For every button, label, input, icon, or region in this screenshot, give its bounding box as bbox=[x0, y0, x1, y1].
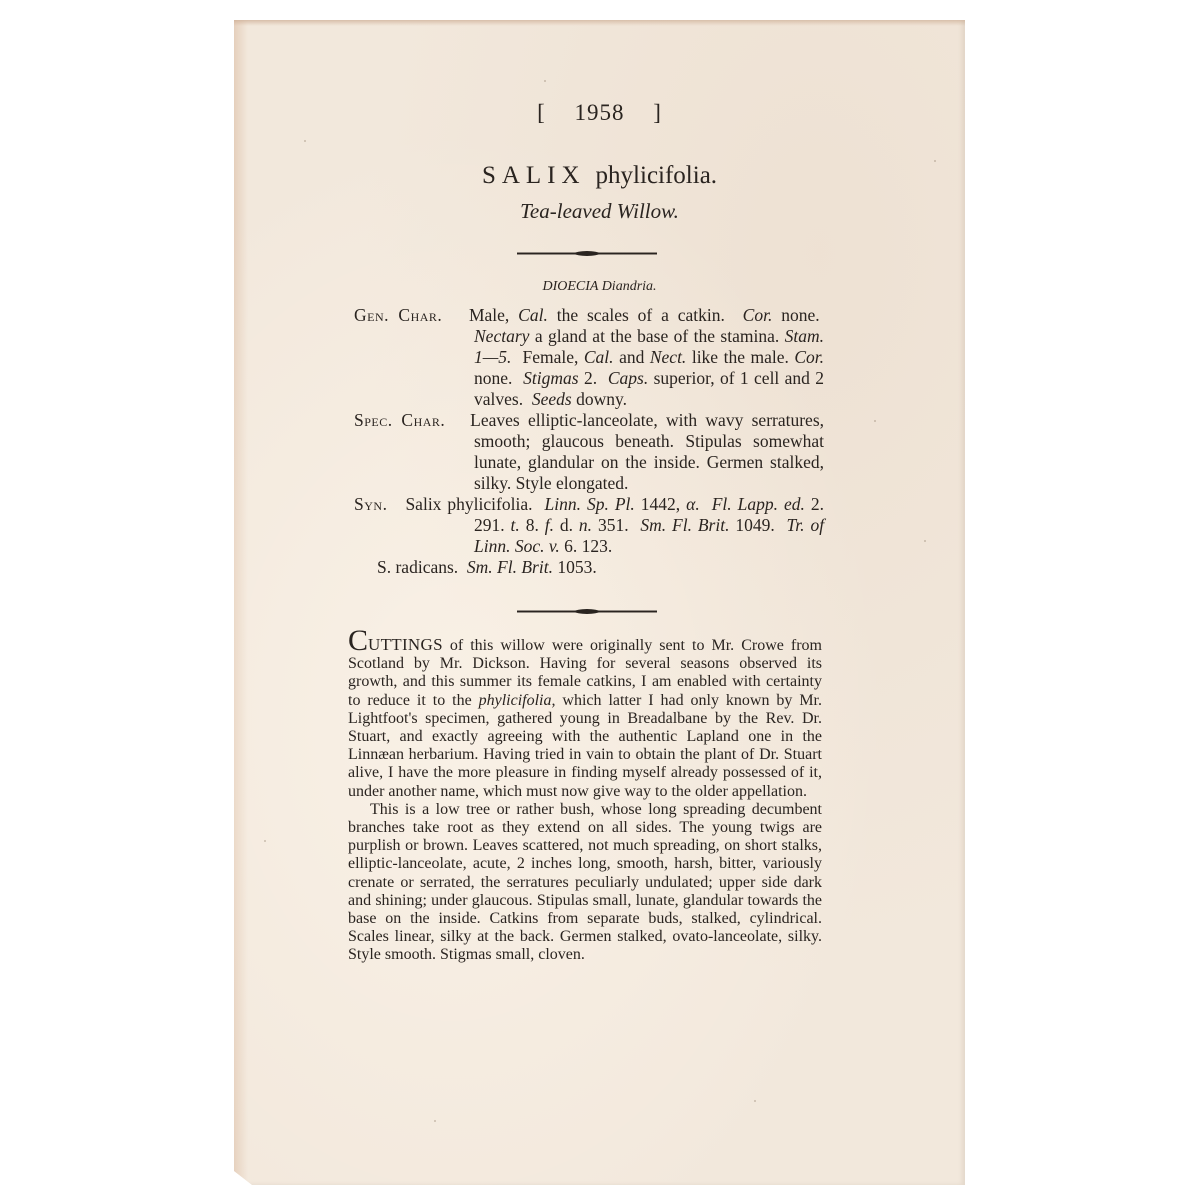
text: 1053. bbox=[557, 557, 596, 577]
text: Sm. Fl. Brit. bbox=[467, 557, 553, 577]
page-number: [ 1958 ] bbox=[234, 100, 965, 126]
text: d. bbox=[560, 515, 573, 535]
text: Salix phylicifolia. bbox=[405, 494, 532, 514]
page-number-value: 1958 bbox=[575, 100, 625, 125]
ornamental-rule-icon bbox=[517, 610, 657, 613]
text: f. bbox=[545, 515, 554, 535]
paper-speck bbox=[874, 420, 876, 422]
text: Stigmas bbox=[523, 368, 578, 388]
synonym-radicans: S. radicans. Sm. Fl. Brit. 1053. bbox=[377, 557, 824, 578]
text: Fl. Lapp. ed. bbox=[712, 494, 805, 514]
text: 1049. bbox=[735, 515, 774, 535]
text: Cor. bbox=[794, 347, 824, 367]
text: and bbox=[619, 347, 644, 367]
synonymy: Syn. Salix phylicifolia. Linn. Sp. Pl. 1… bbox=[354, 494, 824, 557]
text: 2. bbox=[584, 368, 597, 388]
text: downy. bbox=[576, 389, 627, 409]
paper-speck bbox=[934, 160, 936, 162]
specific-character: Spec. Char. Leaves elliptic-lanceolate, … bbox=[354, 410, 824, 494]
description-body: CUTTINGS of this willow were originally … bbox=[348, 632, 822, 965]
small-caps-lead: UTTINGS bbox=[368, 635, 443, 654]
text: Male, bbox=[469, 305, 509, 325]
text: Linn. Sp. Pl. bbox=[544, 494, 634, 514]
paper-speck bbox=[304, 140, 306, 142]
text: the scales of a catkin. bbox=[557, 305, 725, 325]
spec-char-text: Leaves elliptic-lanceolate, with wavy se… bbox=[470, 410, 824, 493]
linnaean-order: Diandria. bbox=[602, 279, 657, 294]
text: phylicifolia, bbox=[479, 692, 556, 709]
bracket-close: ] bbox=[631, 100, 684, 126]
text: t. bbox=[511, 515, 520, 535]
spec-char-label: Spec. Char. bbox=[354, 410, 445, 430]
drop-cap: C bbox=[348, 624, 368, 657]
text: n. bbox=[579, 515, 592, 535]
gen-char-label: Gen. Char. bbox=[354, 305, 442, 325]
syn-label: Syn. bbox=[354, 494, 387, 514]
ornamental-rule-icon bbox=[517, 252, 657, 255]
text: Female, bbox=[522, 347, 578, 367]
paper-speck bbox=[924, 540, 926, 542]
paragraph-1: CUTTINGS of this willow were originally … bbox=[348, 632, 822, 801]
paper-speck bbox=[754, 1100, 756, 1102]
paper-speck bbox=[434, 1120, 436, 1122]
text: Sm. Fl. Brit. bbox=[640, 515, 729, 535]
text: 351. bbox=[598, 515, 629, 535]
common-name: Tea-leaved Willow. bbox=[234, 199, 965, 224]
text: Seeds bbox=[532, 389, 572, 409]
text: 1442, bbox=[641, 494, 680, 514]
paper-speck bbox=[264, 840, 266, 842]
page-title: SALIXphylicifolia. bbox=[234, 162, 965, 190]
text: S. radicans. bbox=[377, 557, 458, 577]
text: none. bbox=[781, 305, 819, 325]
text: Caps. bbox=[608, 368, 648, 388]
book-page: [ 1958 ] SALIXphylicifolia. Tea-leaved W… bbox=[234, 20, 965, 1185]
text: 6. 123. bbox=[564, 536, 612, 556]
text: none. bbox=[474, 368, 512, 388]
paper-speck bbox=[544, 80, 546, 82]
text: Cor. bbox=[743, 305, 773, 325]
text: a gland at the base of the stamina. bbox=[535, 326, 779, 346]
text: Nect. bbox=[650, 347, 686, 367]
text: like the male. bbox=[692, 347, 789, 367]
text: Cal. bbox=[518, 305, 548, 325]
linnaean-class: DIOECIA bbox=[542, 279, 598, 294]
classification: DIOECIA Diandria. bbox=[234, 279, 965, 295]
generic-character: Gen. Char. Male, Cal. the scales of a ca… bbox=[354, 305, 824, 410]
genus-name: SALIX bbox=[482, 162, 586, 189]
text: α. bbox=[686, 494, 700, 514]
text: Nectary bbox=[474, 326, 529, 346]
species-name: phylicifolia. bbox=[596, 162, 718, 189]
paragraph-2: This is a low tree or rather bush, whose… bbox=[348, 801, 822, 965]
bracket-open: [ bbox=[515, 100, 568, 126]
text: Cal. bbox=[584, 347, 614, 367]
text: 8. bbox=[526, 515, 539, 535]
